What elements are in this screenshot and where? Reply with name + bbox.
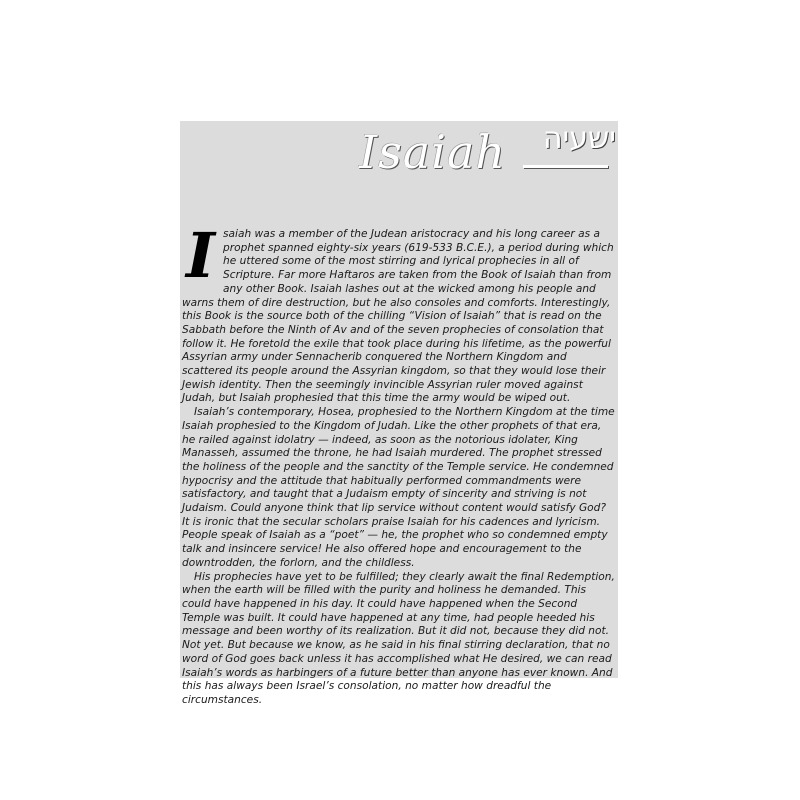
title-hebrew: ישעיה xyxy=(543,121,616,156)
paragraph-3: His prophecies have yet to be fulfilled;… xyxy=(182,571,616,708)
title-english: Isaiah xyxy=(359,125,506,179)
title-underline xyxy=(523,165,608,168)
paragraph-1-text: saiah was a member of the Judean aristoc… xyxy=(182,228,614,404)
paragraph-2: Isaiah’s contemporary, Hosea, prophesied… xyxy=(182,406,616,570)
title-header: Isaiah ישעיה xyxy=(358,121,618,181)
article-body: Isaiah was a member of the Judean aristo… xyxy=(182,228,616,708)
paragraph-1: Isaiah was a member of the Judean aristo… xyxy=(182,228,616,406)
book-intro-panel: Isaiah ישעיה Isaiah was a member of the … xyxy=(180,121,618,678)
drop-cap: I xyxy=(186,230,215,284)
